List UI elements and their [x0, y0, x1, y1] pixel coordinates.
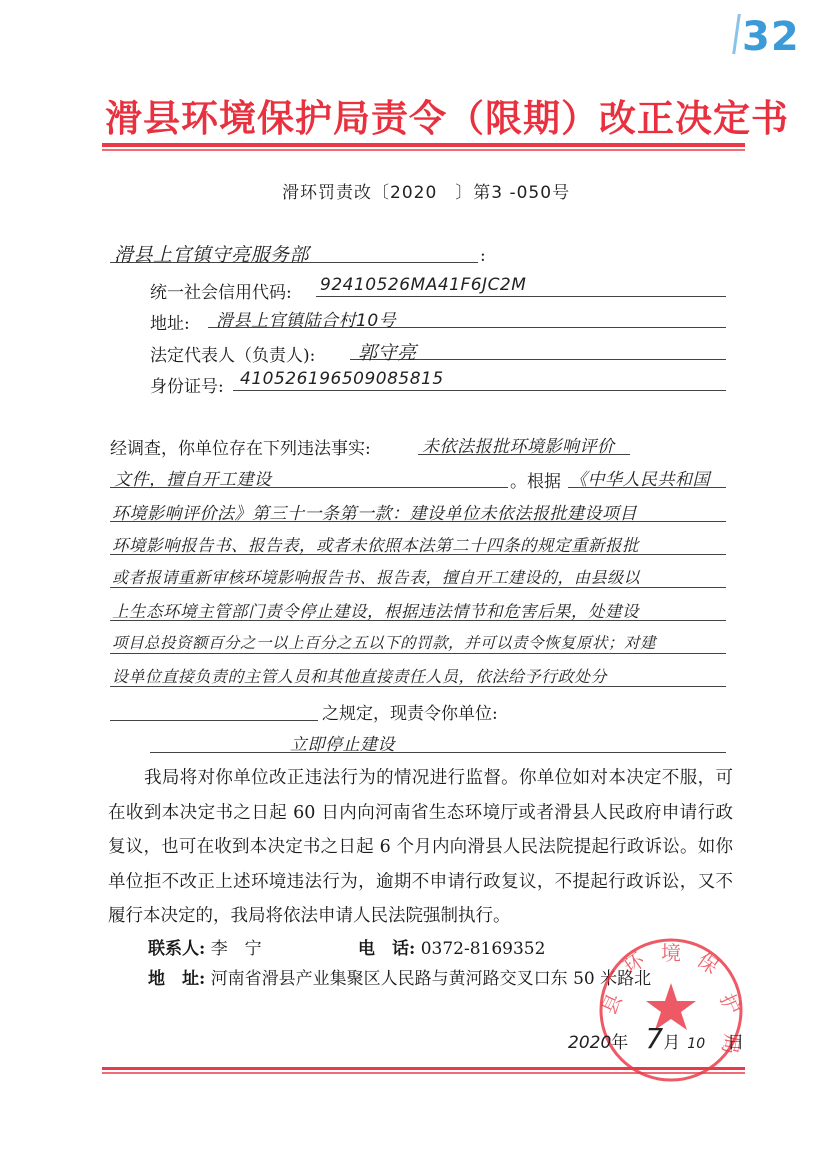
contact-phone-label: 电 话: — [358, 939, 415, 959]
title-rule-thin — [102, 149, 745, 151]
date-month-suffix: 月 — [663, 1033, 680, 1053]
date-row: 2020年 7月 10日 — [568, 1022, 744, 1055]
seal-char-3: 境 — [661, 941, 681, 965]
notice-paragraph: 我局将对你单位改正违法行为的情况进行监督。你单位如对本决定不服，可在收到本决定书… — [108, 761, 733, 934]
official-seal: 县 环 境 保 护 局 — [596, 935, 746, 1085]
address-label: 地址: — [150, 309, 190, 334]
contact-person-row: 联系人: 李 宁 — [148, 934, 262, 959]
stamp-mark — [732, 14, 741, 54]
date-year: 2020 — [568, 1033, 611, 1053]
bottom-rule-thin — [102, 1072, 745, 1074]
date-day: 10 — [687, 1036, 705, 1052]
basis-text-6: 项目总投资额百分之一以上百分之五以下的罚款，并可以责令恢复原状；对建 — [112, 631, 656, 653]
date-month: 7 — [645, 1022, 663, 1055]
order-text: 立即停止建设 — [290, 730, 395, 755]
seal-char-2: 环 — [619, 947, 650, 979]
document-title: 滑县环境保护局责令（限期）改正决定书 — [105, 88, 745, 142]
date-year-suffix: 年 — [611, 1033, 628, 1053]
contact-address: 河南省滑县产业集聚区人民路与黄河路交叉口东 50 米路北 — [211, 969, 651, 989]
page-number-stamp: 32 — [735, 14, 800, 60]
basis-line-8 — [110, 686, 318, 721]
credit-code-value: 92410526MA41F6JC2M — [320, 275, 526, 295]
contact-phone: 0372-8169352 — [421, 939, 546, 959]
id-value: 410526196509085815 — [240, 369, 444, 389]
page-number-text: 32 — [742, 14, 800, 60]
date-day-suffix: 日 — [727, 1033, 744, 1053]
seal-char-4: 保 — [693, 948, 723, 979]
order-line — [150, 718, 726, 753]
contact-person-label: 联系人: — [148, 939, 205, 959]
bottom-rule-thick — [102, 1067, 745, 1070]
title-rule-thick — [102, 143, 745, 147]
id-label: 身份证号: — [150, 372, 224, 397]
contact-phone-row: 电 话: 0372-8169352 — [358, 934, 545, 959]
basis-text-7: 设单位直接负责的主管人员和其他直接责任人员，依法给予行政处分 — [112, 664, 607, 687]
contact-address-row: 地 址: 河南省滑县产业集聚区人民路与黄河路交叉口东 50 米路北 — [148, 964, 651, 989]
basis-text-4: 或者报请重新审核环境影响报告书、报告表，擅自开工建设的，由县级以 — [112, 565, 640, 588]
contact-person: 李 宁 — [211, 939, 262, 959]
document-number: 滑环罚责改〔2020 〕第3 -050号 — [282, 178, 570, 203]
recipient-name: 滑县上官镇守亮服务部 — [114, 240, 309, 267]
contact-address-label: 地 址: — [148, 969, 205, 989]
